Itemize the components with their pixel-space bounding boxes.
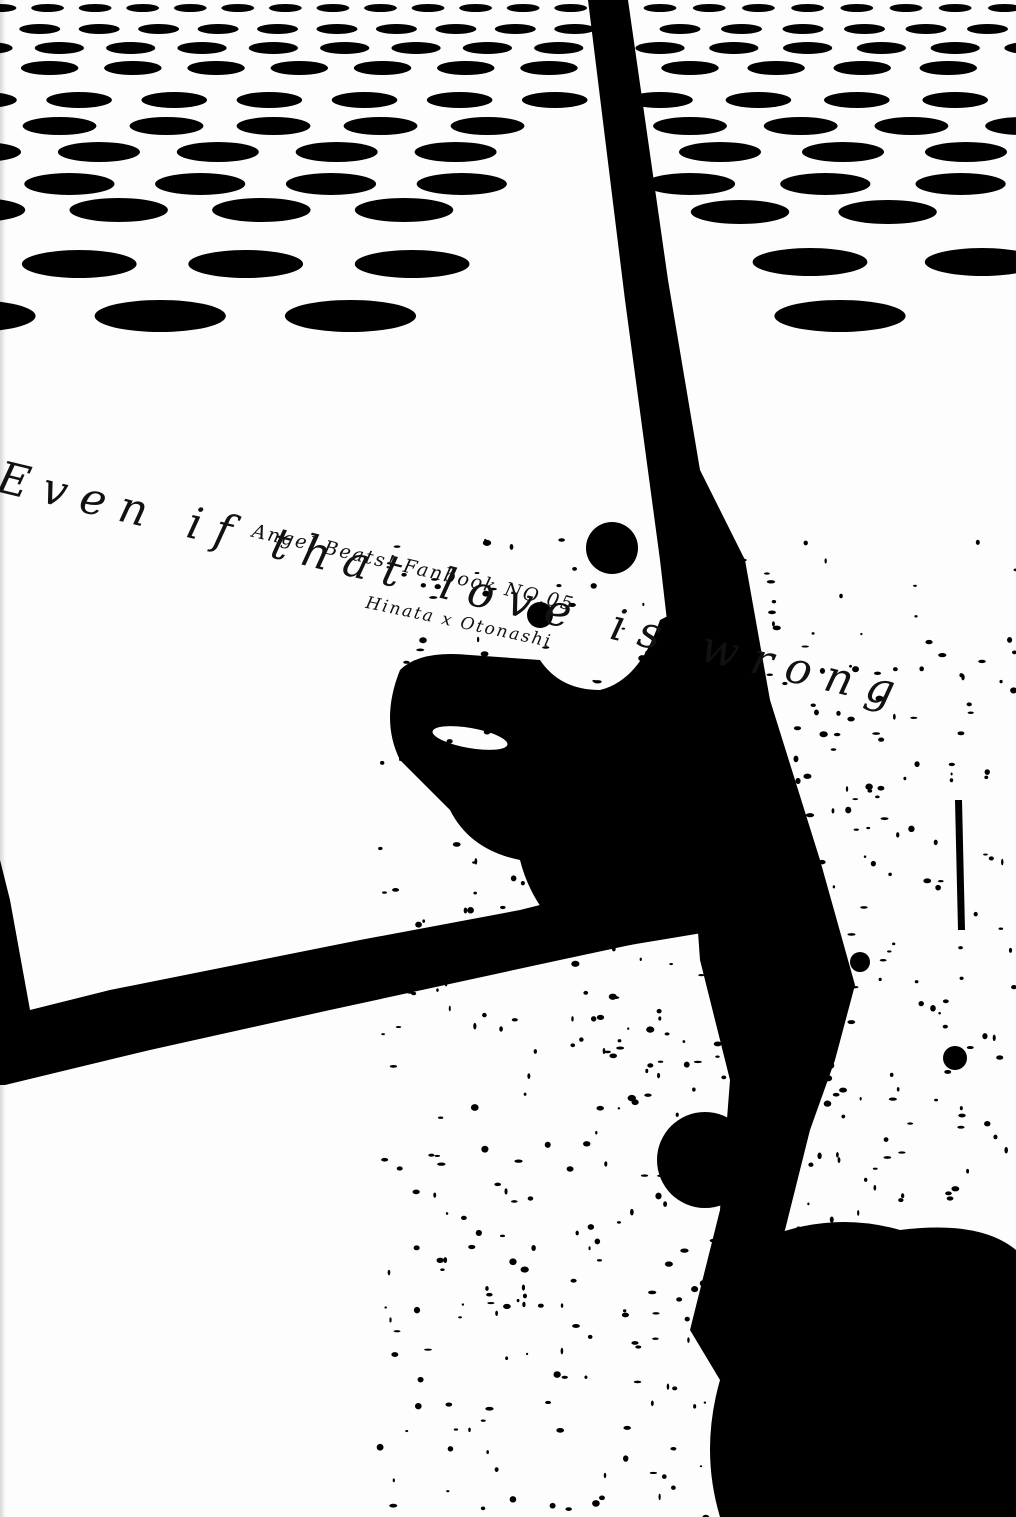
polka-dot-pattern-right (627, 4, 1016, 332)
ink-drop (657, 1112, 753, 1208)
polka-dot-pattern-left (0, 4, 595, 332)
cover-artwork (0, 0, 1016, 1517)
ink-pool (710, 1222, 1016, 1517)
ink-drop (586, 522, 638, 574)
cover-page: Even if that love is wrong Angel Beats! … (0, 0, 1016, 1517)
